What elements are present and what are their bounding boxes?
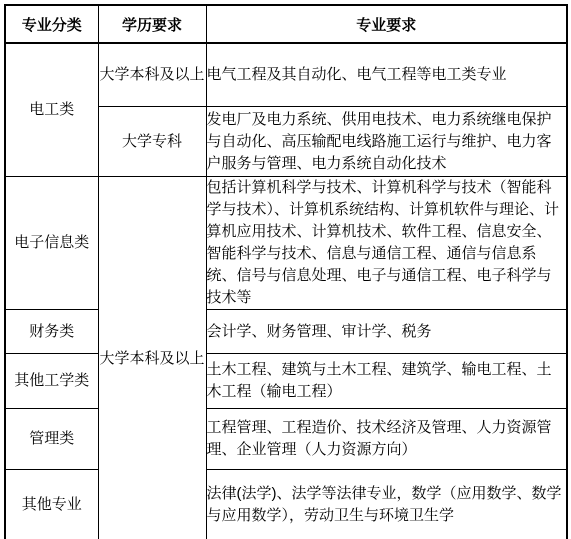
cell-category-other-engineering: 其他工学类 <box>5 354 98 409</box>
cell-majors-electrical-college: 发电厂及电力系统、供用电技术、电力系统继电保护与自动化、高压输配电线路施工运行与… <box>206 107 567 177</box>
cell-majors-electronic-info: 包括计算机科学与技术、计算机科学与技术（智能科学与技术）、计算机系统结构、计算机… <box>206 177 567 310</box>
cell-category-electronic-info: 电子信息类 <box>5 177 98 310</box>
table-row: 财务类 会计学、财务管理、审计学、税务 <box>5 310 567 354</box>
cell-majors-other-majors: 法律(法学)、法学等法律专业，数学（应用数学、数学与应用数学），劳动卫生与环境卫… <box>206 470 567 539</box>
cell-category-other-majors: 其他专业 <box>5 470 98 539</box>
cell-category-management: 管理类 <box>5 409 98 470</box>
table-header-row: 专业分类 学历要求 专业要求 <box>5 5 567 43</box>
majors-requirements-table: 专业分类 学历要求 专业要求 电工类 大学本科及以上 电气工程及其自动化、电气工… <box>4 4 568 539</box>
table-row: 电子信息类 大学本科及以上 包括计算机科学与技术、计算机科学与技术（智能科学与技… <box>5 177 567 310</box>
cell-majors-management: 工程管理、工程造价、技术经济及管理、人力资源管理、企业管理（人力资源方向） <box>206 409 567 470</box>
header-education: 学历要求 <box>98 5 206 43</box>
cell-education-college: 大学专科 <box>98 107 206 177</box>
document-page: 专业分类 学历要求 专业要求 电工类 大学本科及以上 电气工程及其自动化、电气工… <box>0 0 571 539</box>
table-row: 管理类 工程管理、工程造价、技术经济及管理、人力资源管理、企业管理（人力资源方向… <box>5 409 567 470</box>
cell-majors-finance: 会计学、财务管理、审计学、税务 <box>206 310 567 354</box>
header-majors: 专业要求 <box>206 5 567 43</box>
table-row: 电工类 大学本科及以上 电气工程及其自动化、电气工程等电工类专业 <box>5 43 567 107</box>
table-row: 其他工学类 土木工程、建筑与土木工程、建筑学、输电工程、土木工程（输电工程） <box>5 354 567 409</box>
cell-category-finance: 财务类 <box>5 310 98 354</box>
header-category: 专业分类 <box>5 5 98 43</box>
table-row: 其他专业 法律(法学)、法学等法律专业，数学（应用数学、数学与应用数学），劳动卫… <box>5 470 567 539</box>
cell-majors-other-engineering: 土木工程、建筑与土木工程、建筑学、输电工程、土木工程（输电工程） <box>206 354 567 409</box>
cell-education-bachelor-electrical: 大学本科及以上 <box>98 43 206 107</box>
cell-education-bachelor-merged: 大学本科及以上 <box>98 177 206 539</box>
cell-category-electrical: 电工类 <box>5 43 98 177</box>
cell-majors-electrical-bachelor: 电气工程及其自动化、电气工程等电工类专业 <box>206 43 567 107</box>
